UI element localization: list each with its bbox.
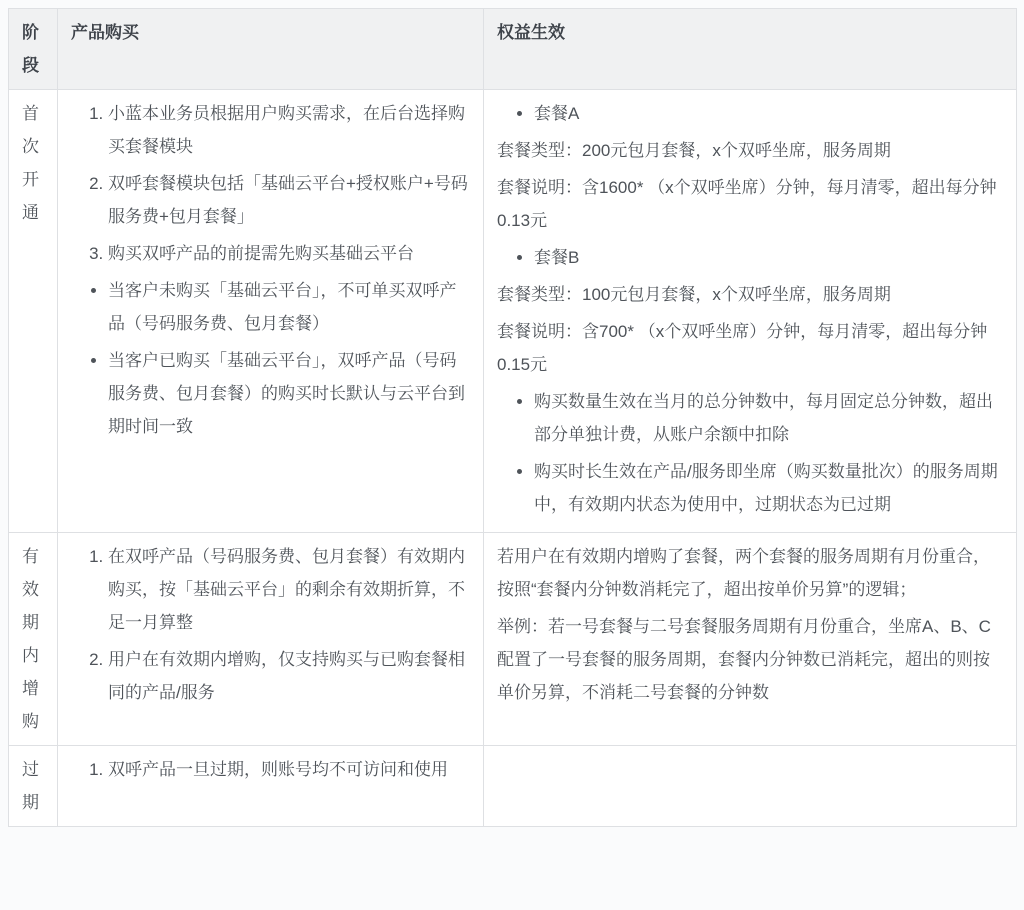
table-row-expired: 过期 双呼产品一旦过期，则账号均不可访问和使用 xyxy=(9,746,1017,827)
cell-rights-repurchase: 若用户在有效期内增购了套餐，两个套餐的服务周期有月份重合，按照“套餐内分钟数消耗… xyxy=(484,533,1017,746)
rights-paragraph-example: 举例：若一号套餐与二号套餐服务周期有月份重合，坐席A、B、C配置了一号套餐的服务… xyxy=(497,610,1003,709)
header-col-rights: 权益生效 xyxy=(484,9,1017,90)
cell-stage-repurchase: 有效期内增购 xyxy=(9,533,58,746)
list-item: 双呼产品一旦过期，则账号均不可访问和使用 xyxy=(108,753,470,786)
list-item: 用户在有效期内增购，仅支持购买与已购套餐相同的产品/服务 xyxy=(108,643,470,709)
purchase-ordered-list: 双呼产品一旦过期，则账号均不可访问和使用 xyxy=(71,753,470,786)
list-item: 当客户未购买「基础云平台」，不可单买双呼产品（号码服务费、包月套餐） xyxy=(108,274,470,340)
table-row-repurchase-in-validity: 有效期内增购 在双呼产品（号码服务费、包月套餐）有效期内购买，按「基础云平台」的… xyxy=(9,533,1017,746)
header-row: 阶段 产品购买 权益生效 xyxy=(9,9,1017,90)
list-item: 购买数量生效在当月的总分钟数中，每月固定总分钟数，超出部分单独计费，从账户余额中… xyxy=(534,385,1003,451)
plan-a-type: 套餐类型：200元包月套餐，x个双呼坐席，服务周期 xyxy=(497,134,1003,167)
document-page: 阶段 产品购买 权益生效 首次开通 小蓝本业务员根据用户购买需求，在后台选择购买… xyxy=(0,0,1024,835)
plan-b-type: 套餐类型：100元包月套餐，x个双呼坐席，服务周期 xyxy=(497,278,1003,311)
cell-rights-first-activation: 套餐A 套餐类型：200元包月套餐，x个双呼坐席，服务周期 套餐说明：含1600… xyxy=(484,90,1017,533)
header-col-stage: 阶段 xyxy=(9,9,58,90)
rights-bullet-list: 套餐B xyxy=(497,241,1003,274)
cell-purchase-first-activation: 小蓝本业务员根据用户购买需求，在后台选择购买套餐模块 双呼套餐模块包括「基础云平… xyxy=(58,90,484,533)
list-item: 在双呼产品（号码服务费、包月套餐）有效期内购买，按「基础云平台」的剩余有效期折算… xyxy=(108,540,470,639)
rights-bullet-list: 购买数量生效在当月的总分钟数中，每月固定总分钟数，超出部分单独计费，从账户余额中… xyxy=(497,385,1003,521)
header-col-purchase: 产品购买 xyxy=(58,9,484,90)
cell-stage-expired: 过期 xyxy=(9,746,58,827)
list-item: 小蓝本业务员根据用户购买需求，在后台选择购买套餐模块 xyxy=(108,97,470,163)
plan-b-description: 套餐说明：含700* （x个双呼坐席）分钟，每月清零，超出每分钟0.15元 xyxy=(497,315,1003,381)
rights-paragraph: 若用户在有效期内增购了套餐，两个套餐的服务周期有月份重合，按照“套餐内分钟数消耗… xyxy=(497,540,1003,606)
list-item: 双呼套餐模块包括「基础云平台+授权账户+号码服务费+包月套餐」 xyxy=(108,167,470,233)
cell-stage-first-activation: 首次开通 xyxy=(9,90,58,533)
list-item: 购买时长生效在产品/服务即坐席（购买数量批次）的服务周期中，有效期内状态为使用中… xyxy=(534,455,1003,521)
list-item: 当客户已购买「基础云平台」，双呼产品（号码服务费、包月套餐）的购买时长默认与云平… xyxy=(108,344,470,443)
table-row-first-activation: 首次开通 小蓝本业务员根据用户购买需求，在后台选择购买套餐模块 双呼套餐模块包括… xyxy=(9,90,1017,533)
plan-a-description: 套餐说明：含1600* （x个双呼坐席）分钟，每月清零，超出每分钟0.13元 xyxy=(497,171,1003,237)
rights-bullet-list: 套餐A xyxy=(497,97,1003,130)
purchase-ordered-list: 小蓝本业务员根据用户购买需求，在后台选择购买套餐模块 双呼套餐模块包括「基础云平… xyxy=(71,97,470,270)
purchase-bullet-list: 当客户未购买「基础云平台」，不可单买双呼产品（号码服务费、包月套餐） 当客户已购… xyxy=(71,274,470,443)
list-item-plan-b: 套餐B xyxy=(534,241,1003,274)
cell-purchase-expired: 双呼产品一旦过期，则账号均不可访问和使用 xyxy=(58,746,484,827)
stage-table: 阶段 产品购买 权益生效 首次开通 小蓝本业务员根据用户购买需求，在后台选择购买… xyxy=(8,8,1017,827)
cell-purchase-repurchase: 在双呼产品（号码服务费、包月套餐）有效期内购买，按「基础云平台」的剩余有效期折算… xyxy=(58,533,484,746)
list-item: 购买双呼产品的前提需先购买基础云平台 xyxy=(108,237,470,270)
list-item-plan-a: 套餐A xyxy=(534,97,1003,130)
purchase-ordered-list: 在双呼产品（号码服务费、包月套餐）有效期内购买，按「基础云平台」的剩余有效期折算… xyxy=(71,540,470,709)
cell-rights-expired-empty xyxy=(484,746,1017,827)
